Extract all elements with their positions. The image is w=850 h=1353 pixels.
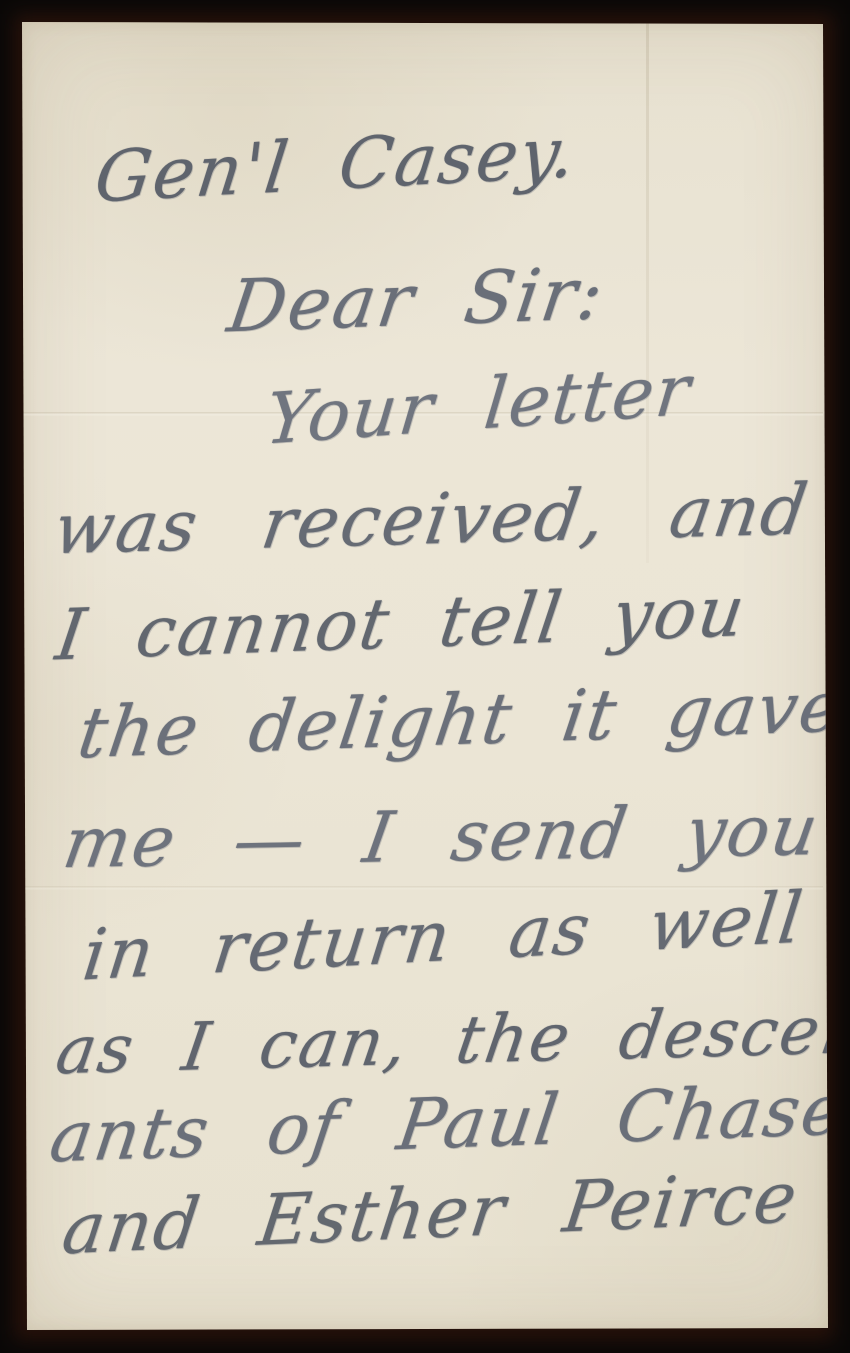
- handwritten-body-line: me — I send you: [59, 795, 824, 878]
- letter-photograph: Gen'l Casey. Dear Sir: Your letter was r…: [0, 0, 850, 1353]
- handwritten-body-line: was received, and: [49, 474, 813, 564]
- letter-paper: Gen'l Casey. Dear Sir: Your letter was r…: [0, 0, 850, 1353]
- handwritten-salutation-line: Dear Sir:: [224, 257, 610, 343]
- handwritten-body-line: as I can, the descend-: [52, 995, 850, 1084]
